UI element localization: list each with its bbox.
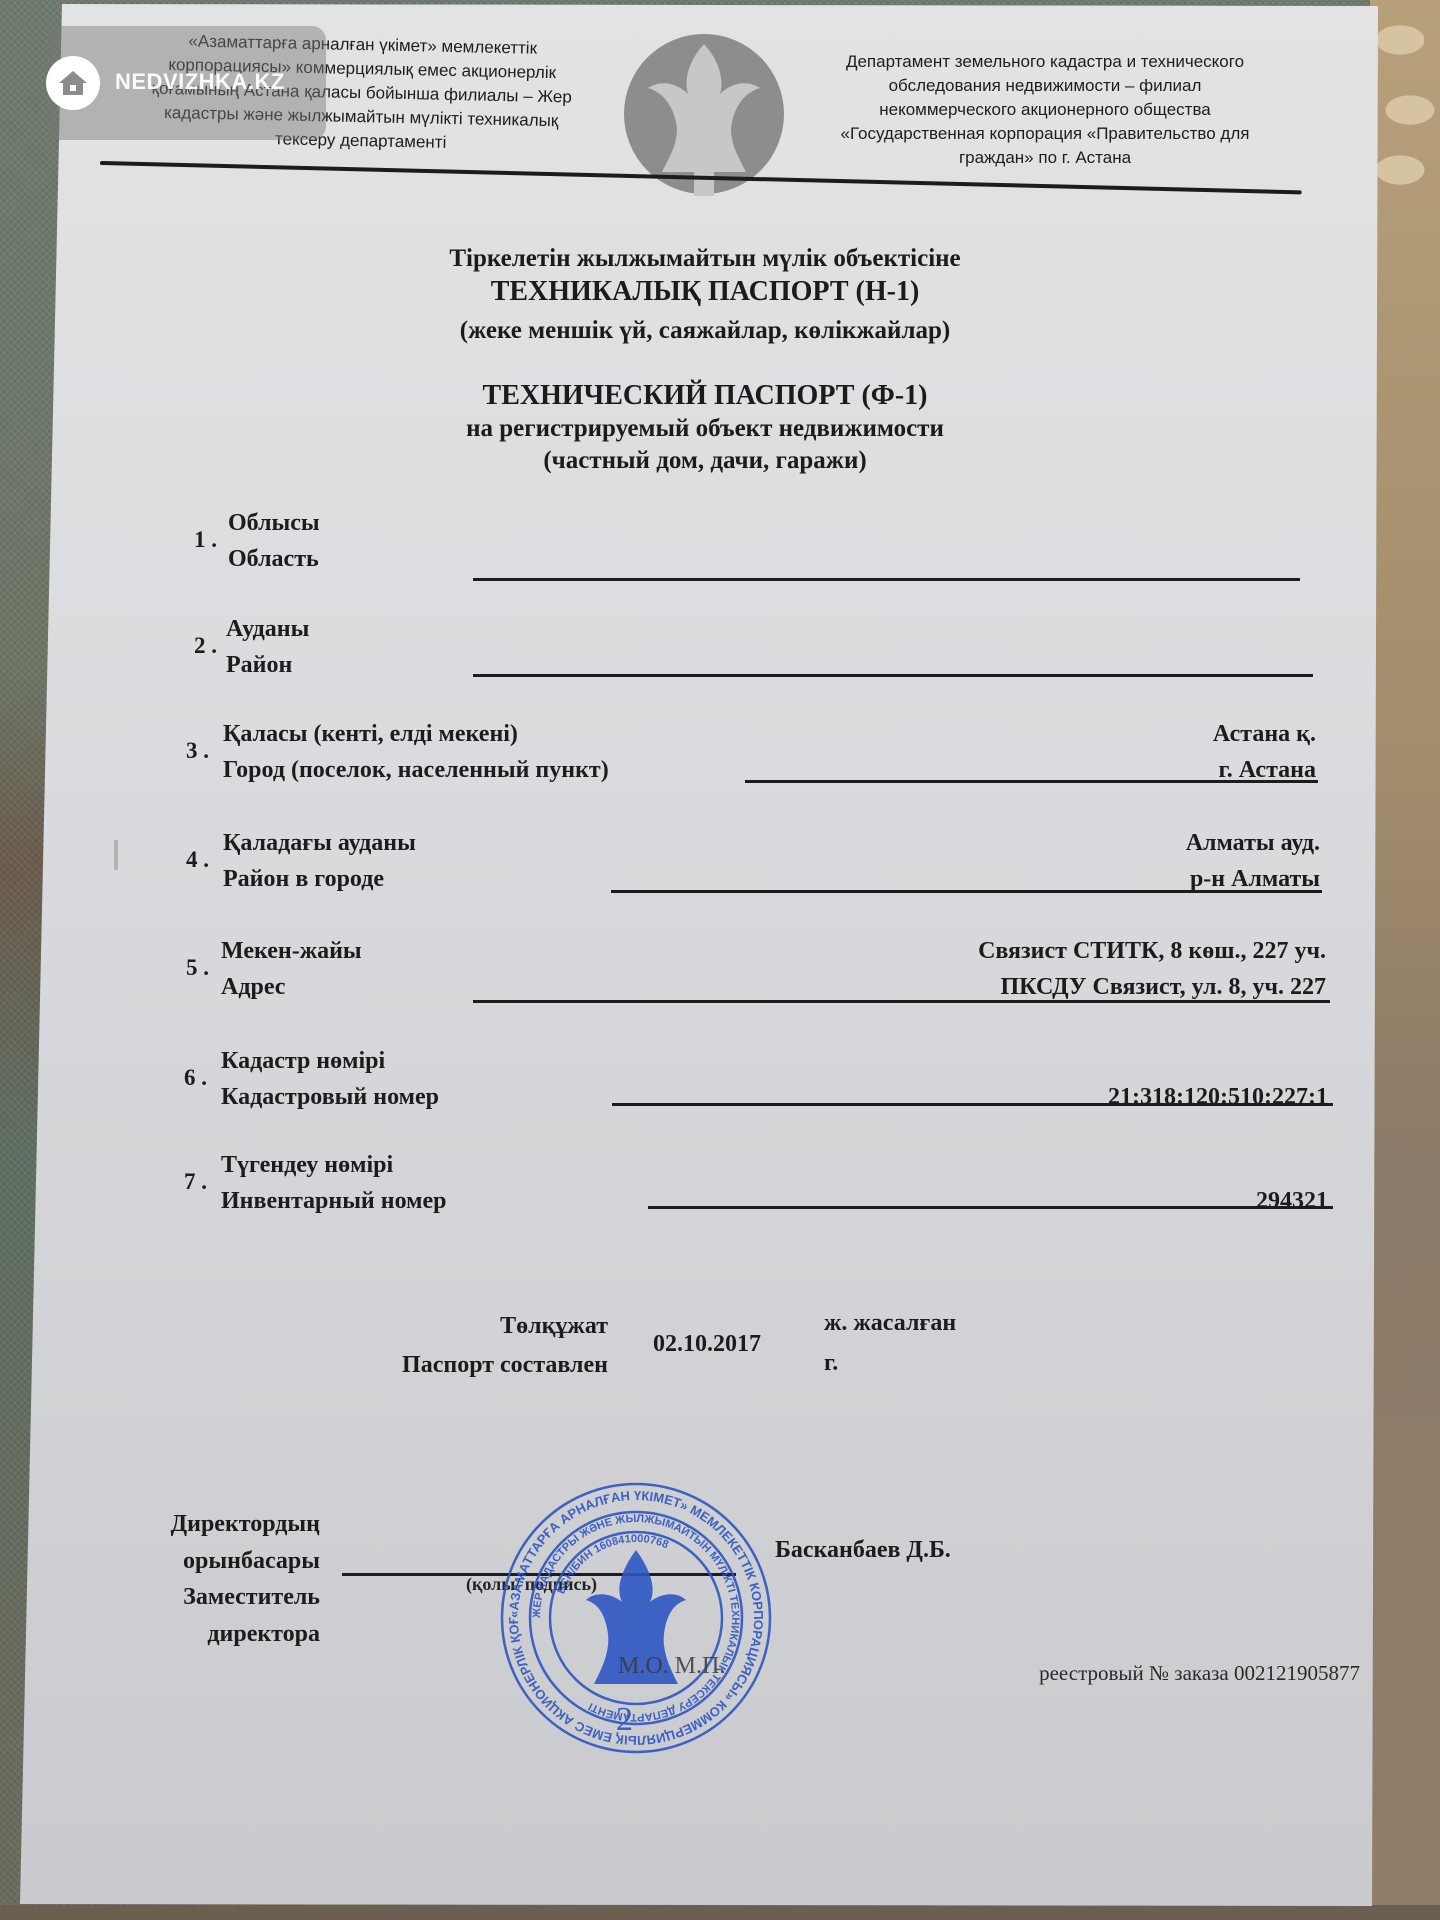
header-right-line: обследования недвижимости – филиал: [810, 74, 1280, 98]
date-suffix-ru: г.: [824, 1350, 838, 1377]
compiled-label-kz: Төлқұжат: [500, 1313, 608, 1340]
position-line: орынбасары: [171, 1543, 320, 1580]
field-value-ru: 21:318:120:510:227:1: [1108, 1079, 1328, 1115]
field-label-kz: Түгендеу нөмірі: [221, 1147, 446, 1183]
field-label-ru: Город (поселок, населенный пункт): [223, 752, 609, 788]
field-underline: [473, 578, 1300, 581]
position-line: Заместитель: [171, 1579, 320, 1616]
field-value: Астана қ.г. Астана: [1213, 716, 1316, 788]
header-right-line: граждан» по г. Астана: [810, 146, 1280, 170]
field-label-kz: Ауданы: [226, 611, 309, 647]
field-value: Алматы ауд.р-н Алматы: [1186, 825, 1320, 897]
date-suffix-kz: ж. жасалған: [824, 1310, 956, 1337]
registry-order-number: реестровый № заказа 002121905877: [1039, 1661, 1360, 1686]
title-ru-line1: ТЕХНИЧЕСКИЙ ПАСПОРТ (Ф-1): [300, 379, 1110, 413]
passport-date: 02.10.2017: [653, 1331, 761, 1358]
header-right-org-ru: Департамент земельного кадастра и технич…: [810, 50, 1280, 170]
seal-caption: М.О. М.П.: [618, 1653, 725, 1680]
house-icon: [46, 56, 100, 110]
header-right-line: «Государственная корпорация «Правительст…: [810, 122, 1280, 146]
field-value-kz: [1294, 505, 1300, 541]
title-ru-line3: (частный дом, дачи, гаражи): [300, 445, 1110, 477]
field-label-kz: Кадастр нөмірі: [221, 1043, 439, 1079]
background-fabric-bottom: [0, 1905, 1440, 1920]
stamp-number: 2: [616, 1701, 633, 1738]
field-label: Түгендеу нөміріИнвентарный номер: [221, 1147, 446, 1219]
field-number: 7 .: [184, 1169, 207, 1195]
field-underline: [648, 1206, 1333, 1209]
field-label: АуданыРайон: [226, 611, 309, 683]
header-right-line: некоммерческого акционерного общества: [810, 98, 1280, 122]
field-label: Кадастр нөміріКадастровый номер: [221, 1043, 439, 1115]
position-line: Директордың: [171, 1506, 320, 1543]
field-label-kz: Қаласы (кенті, елді мекені): [223, 716, 609, 752]
title-ru: ТЕХНИЧЕСКИЙ ПАСПОРТ (Ф-1) на регистрируе…: [300, 379, 1110, 477]
title-kz-line1: Тіркелетін жылжымайтын мүлік объектісіне: [300, 242, 1110, 276]
background-fabric-right: [1370, 0, 1440, 1920]
compiled-label-ru: Паспорт составлен: [402, 1352, 608, 1379]
title-kz-line2: ТЕХНИКАЛЫҚ ПАСПОРТ (Н-1): [300, 276, 1110, 308]
field-label-ru: Адрес: [221, 969, 362, 1005]
header-right-line: Департамент земельного кадастра и технич…: [810, 50, 1280, 74]
field-label-ru: Район в городе: [223, 861, 416, 897]
field-number: 3 .: [186, 738, 209, 764]
field-label-kz: Қаладағы ауданы: [223, 825, 416, 861]
field-label: Мекен-жайыАдрес: [221, 933, 362, 1005]
field-value-ru: 294321: [1256, 1183, 1328, 1219]
field-label: ОблысыОбласть: [228, 505, 320, 577]
position-line: директора: [171, 1616, 320, 1653]
field-underline: [473, 674, 1313, 677]
field-label-ru: Область: [228, 541, 320, 577]
staple-mark: [114, 840, 118, 870]
field-number: 6 .: [184, 1065, 207, 1091]
field-label-ru: Кадастровый номер: [221, 1079, 439, 1115]
field-value-kz: Алматы ауд.: [1186, 825, 1320, 861]
field-value-kz: [1108, 1043, 1328, 1079]
field-value: Связист СТИТК, 8 көш., 227 уч.ПКСДУ Связ…: [978, 933, 1326, 1005]
field-label: Қаласы (кенті, елді мекені)Город (посело…: [223, 716, 609, 788]
field-value-kz: Связист СТИТК, 8 көш., 227 уч.: [978, 933, 1326, 969]
field-value: [1307, 611, 1313, 647]
title-kz: Тіркелетін жылжымайтын мүлік объектісіне…: [300, 242, 1110, 348]
field-label-ru: Район: [226, 647, 309, 683]
field-value: [1294, 505, 1300, 541]
field-label-kz: Облысы: [228, 505, 320, 541]
field-number: 5 .: [186, 955, 209, 981]
signer-name: Басканбаев Д.Б.: [775, 1537, 951, 1564]
fleur-emblem-icon: [622, 32, 786, 196]
official-stamp-icon: «АЗАМАТТАРҒА АРНАЛҒАН ҮКІМЕТ» МЕМЛЕКЕТТІ…: [496, 1478, 776, 1758]
field-value: 21:318:120:510:227:1: [1108, 1043, 1328, 1115]
field-value: 294321: [1256, 1147, 1328, 1219]
document-page: «Азаматтарға арналған үкімет» мемлекетті…: [0, 0, 1440, 1920]
field-value-ru: ПКСДУ Связист, ул. 8, уч. 227: [978, 969, 1326, 1005]
field-value-ru: г. Астана: [1213, 752, 1316, 788]
field-value-ru: р-н Алматы: [1186, 861, 1320, 897]
field-value-kz: [1256, 1147, 1328, 1183]
title-ru-line2: на регистрируемый объект недвижимости: [300, 413, 1110, 445]
field-label: Қаладағы ауданыРайон в городе: [223, 825, 416, 897]
field-number: 1 .: [194, 527, 217, 553]
watermark-text: NEDVIZHKA.KZ: [115, 69, 285, 95]
field-label-kz: Мекен-жайы: [221, 933, 362, 969]
field-value-kz: Астана қ.: [1213, 716, 1316, 752]
field-label-ru: Инвентарный номер: [221, 1183, 446, 1219]
field-value-kz: [1307, 611, 1313, 647]
position-title: Директордың орынбасары Заместитель дирек…: [171, 1506, 320, 1652]
field-number: 2 .: [194, 633, 217, 659]
title-kz-line3: (жеке меншік үй, саяжайлар, көлікжайлар): [300, 314, 1110, 348]
field-number: 4 .: [186, 847, 209, 873]
